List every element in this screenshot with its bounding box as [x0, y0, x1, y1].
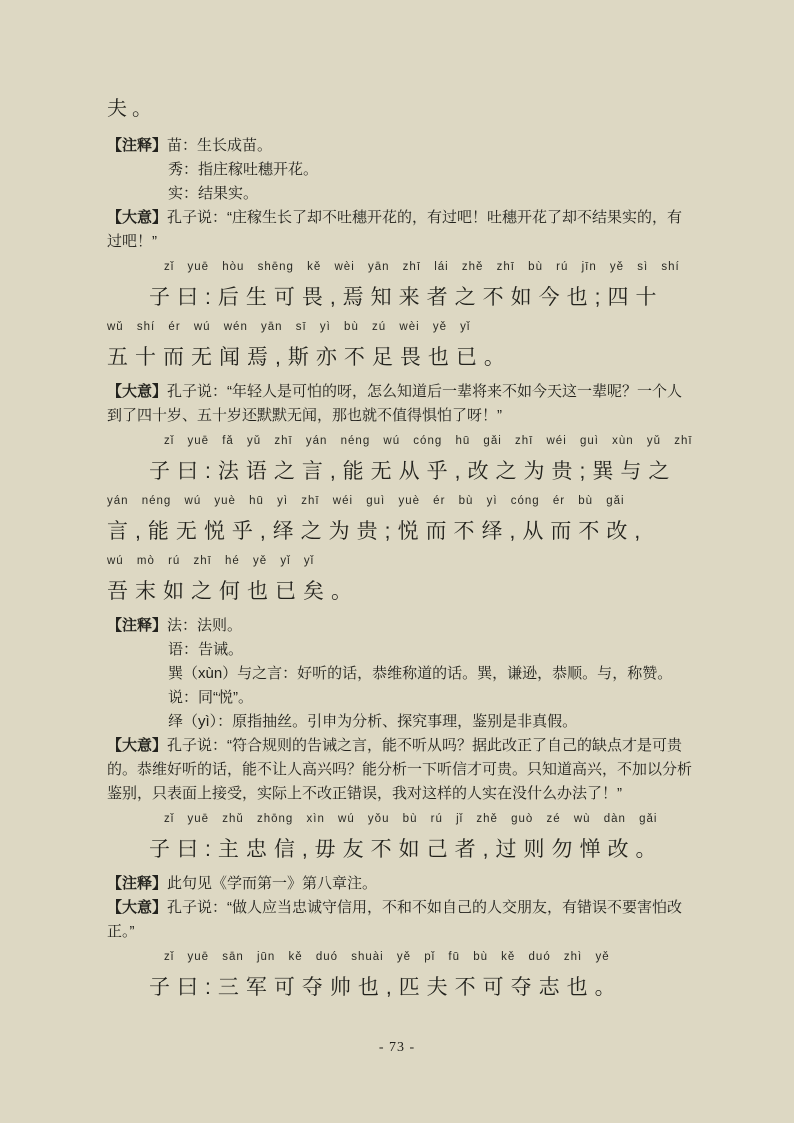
- hanzi-line: 子曰:三军可夺帅也,匹夫不可夺志也。: [149, 974, 694, 1002]
- paraphrase-label: 【大意】: [107, 383, 167, 400]
- note-entry: 语：告诫。: [107, 638, 694, 662]
- hanzi-line: 吾末如之何也已矣。: [107, 578, 694, 606]
- note-entry: 实：结果实。: [107, 182, 694, 206]
- hanzi-line: 五十而无闻焉,斯亦不足畏也已。: [107, 344, 694, 372]
- paraphrase-text: 孔子说：“符合规则的告诫之言，能不听从吗？据此改正了自己的缺点才是可贵的。恭维好…: [107, 737, 692, 802]
- pinyin-line: wú mò rú zhī hé yě yǐ yǐ: [107, 554, 694, 568]
- note-line: 【注释】此句见《学而第一》第八章注。: [107, 872, 694, 896]
- note-entry: 此句见《学而第一》第八章注。: [167, 875, 377, 892]
- note-label: 【注释】: [107, 137, 167, 154]
- paraphrase-text: 孔子说：“庄稼生长了却不吐穗开花的，有过吧！吐穗开花了却不结果实的，有过吧！”: [107, 209, 682, 250]
- pinyin-line: zǐ yuē fǎ yǔ zhī yán néng wú cóng hū gǎi…: [149, 434, 694, 448]
- paraphrase-label: 【大意】: [107, 899, 167, 916]
- note-entry: 说：同“悦”。: [107, 686, 694, 710]
- hanzi-line: 子曰:后生可畏,焉知来者之不如今也;四十: [149, 284, 694, 312]
- hanzi-line: 子曰:主忠信,毋友不如己者,过则勿惮改。: [149, 836, 694, 864]
- hanzi-line: 言,能无悦乎,绎之为贵;悦而不绎,从而不改,: [107, 518, 694, 546]
- paraphrase-block-4: 【大意】孔子说：“做人应当忠诚守信用，不和不如自己的人交朋友，有错误不要害怕改正…: [107, 896, 694, 944]
- paraphrase-text: 孔子说：“做人应当忠诚守信用，不和不如自己的人交朋友，有错误不要害怕改正。”: [107, 899, 682, 940]
- note-entry: 苗：生长成苗。: [167, 137, 272, 154]
- paraphrase-block-2: 【大意】孔子说：“年轻人是可怕的呀，怎么知道后一辈将来不如今天这一辈呢？一个人到…: [107, 380, 694, 428]
- pinyin-line: zǐ yuē zhǔ zhōng xìn wú yǒu bù rú jǐ zhě…: [149, 812, 694, 826]
- note-block-2: 【注释】法：法则。 语：告诫。 巽（xùn）与之言：好听的话，恭维称道的话。巽，…: [107, 614, 694, 734]
- page-number: - 73 -: [0, 1040, 794, 1056]
- verse-line: wú mò rú zhī hé yě yǐ yǐ 吾末如之何也已矣。: [107, 554, 694, 606]
- verse-line: yán néng wú yuè hū yì zhī wéi guì yuè ér…: [107, 494, 694, 546]
- note-entry: 绎（yì）：原指抽丝。引申为分析、探究事理，鉴别是非真假。: [107, 710, 694, 734]
- pinyin-line: wǔ shí ér wú wén yān sī yì bù zú wèi yě …: [107, 320, 694, 334]
- note-line: 【注释】法：法则。: [107, 614, 694, 638]
- verse-line: wǔ shí ér wú wén yān sī yì bù zú wèi yě …: [107, 320, 694, 372]
- note-line: 【注释】苗：生长成苗。: [107, 134, 694, 158]
- note-label: 【注释】: [107, 617, 167, 634]
- note-block-1: 【注释】苗：生长成苗。 秀：指庄稼吐穗开花。 实：结果实。: [107, 134, 694, 206]
- note-entry: 法：法则。: [167, 617, 242, 634]
- pinyin-line: zǐ yuē sān jūn kě duó shuài yě pǐ fū bù …: [149, 950, 694, 964]
- verse-line: zǐ yuē fǎ yǔ zhī yán néng wú cóng hū gǎi…: [107, 434, 694, 486]
- verse-continuation-line: 夫。: [107, 96, 694, 122]
- hanzi-line: 子曰:法语之言,能无从乎,改之为贵;巽与之: [149, 458, 694, 486]
- paraphrase-block-1: 【大意】孔子说：“庄稼生长了却不吐穗开花的，有过吧！吐穗开花了却不结果实的，有过…: [107, 206, 694, 254]
- note-label: 【注释】: [107, 875, 167, 892]
- pinyin-line: zǐ yuē hòu shēng kě wèi yān zhī lái zhě …: [149, 260, 694, 274]
- note-block-3: 【注释】此句见《学而第一》第八章注。: [107, 872, 694, 896]
- pinyin-line: yán néng wú yuè hū yì zhī wéi guì yuè ér…: [107, 494, 694, 508]
- note-entry: 秀：指庄稼吐穗开花。: [107, 158, 694, 182]
- paraphrase-label: 【大意】: [107, 737, 167, 754]
- verse-line: zǐ yuē hòu shēng kě wèi yān zhī lái zhě …: [107, 260, 694, 312]
- paraphrase-text: 孔子说：“年轻人是可怕的呀，怎么知道后一辈将来不如今天这一辈呢？一个人到了四十岁…: [107, 383, 682, 424]
- book-page: 夫。 【注释】苗：生长成苗。 秀：指庄稼吐穗开花。 实：结果实。 【大意】孔子说…: [0, 0, 794, 1123]
- paraphrase-block-3: 【大意】孔子说：“符合规则的告诫之言，能不听从吗？据此改正了自己的缺点才是可贵的…: [107, 734, 694, 806]
- verse-line: zǐ yuē sān jūn kě duó shuài yě pǐ fū bù …: [107, 950, 694, 1002]
- paraphrase-label: 【大意】: [107, 209, 167, 226]
- verse-line: zǐ yuē zhǔ zhōng xìn wú yǒu bù rú jǐ zhě…: [107, 812, 694, 864]
- note-entry: 巽（xùn）与之言：好听的话，恭维称道的话。巽，谦逊，恭顺。与，称赞。: [107, 662, 694, 686]
